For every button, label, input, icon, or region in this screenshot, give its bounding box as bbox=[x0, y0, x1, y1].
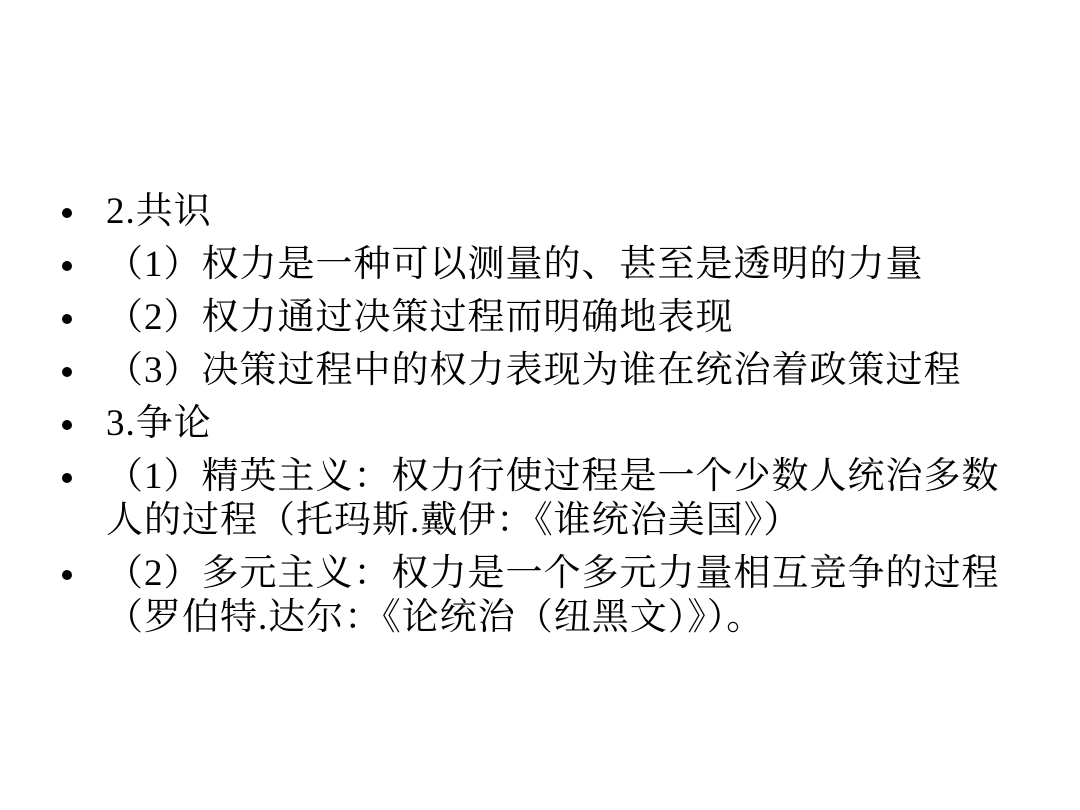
list-item-text: （3）决策过程中的权力表现为谁在统治着政策过程 bbox=[106, 350, 962, 391]
list-item: （3）决策过程中的权力表现为谁在统治着政策过程 bbox=[58, 349, 1018, 393]
list-item-text: （2）多元主义：权力是一个多元力量相互竞争的过程（罗伯特.达尔：《论统治（纽黑文… bbox=[106, 553, 1000, 638]
bullet-icon bbox=[62, 570, 72, 580]
list-item-text: 2.共识 bbox=[106, 191, 212, 232]
bullet-list: 2.共识 （1）权力是一种可以测量的、甚至是透明的力量 （2）权力通过决策过程而… bbox=[58, 190, 1018, 649]
list-item-text: （2）权力通过决策过程而明确地表现 bbox=[106, 297, 734, 338]
list-item: 2.共识 bbox=[58, 190, 1018, 234]
list-item: （1）权力是一种可以测量的、甚至是透明的力量 bbox=[58, 243, 1018, 287]
bullet-icon bbox=[62, 473, 72, 483]
bullet-icon bbox=[62, 208, 72, 218]
bullet-icon bbox=[62, 261, 72, 271]
list-item-text: （1）精英主义：权力行使过程是一个少数人统治多数人的过程（托玛斯.戴伊：《谁统治… bbox=[106, 456, 1000, 541]
bullet-icon bbox=[62, 420, 72, 430]
list-item: 3.争论 bbox=[58, 402, 1018, 446]
bullet-icon bbox=[62, 367, 72, 377]
list-item: （2）多元主义：权力是一个多元力量相互竞争的过程（罗伯特.达尔：《论统治（纽黑文… bbox=[58, 552, 1018, 640]
bullet-icon bbox=[62, 314, 72, 324]
list-item: （1）精英主义：权力行使过程是一个少数人统治多数人的过程（托玛斯.戴伊：《谁统治… bbox=[58, 455, 1018, 543]
list-item: （2）权力通过决策过程而明确地表现 bbox=[58, 296, 1018, 340]
slide: 2.共识 （1）权力是一种可以测量的、甚至是透明的力量 （2）权力通过决策过程而… bbox=[0, 0, 1080, 810]
list-item-text: 3.争论 bbox=[106, 403, 212, 444]
list-item-text: （1）权力是一种可以测量的、甚至是透明的力量 bbox=[106, 244, 924, 285]
